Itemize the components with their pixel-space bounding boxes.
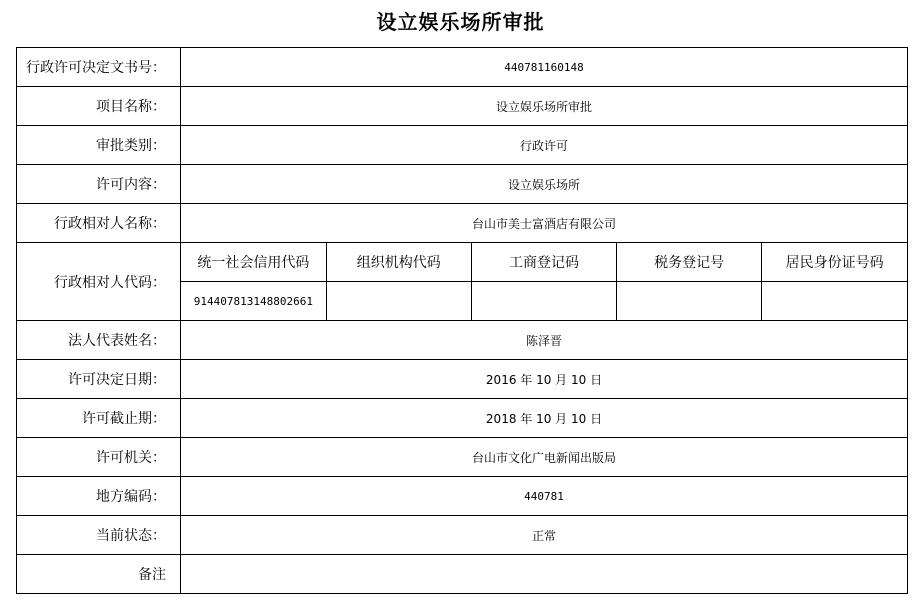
label-decision-date: 许可决定日期： — [17, 360, 181, 399]
label-approval-category: 审批类别： — [17, 126, 181, 165]
label-license-content: 许可内容： — [17, 165, 181, 204]
party-code-value-row: 914407813148802661 — [181, 282, 907, 321]
label-legal-rep: 法人代表姓名： — [17, 321, 181, 360]
label-decision-doc-number: 行政许可决定文书号： — [17, 48, 181, 87]
label-party-name: 行政相对人名称： — [17, 204, 181, 243]
value-tax-reg-number — [617, 282, 762, 321]
row-approval-category: 审批类别： 行政许可 — [17, 126, 908, 165]
row-party-name: 行政相对人名称： 台山市美士富酒店有限公司 — [17, 204, 908, 243]
label-project-name: 项目名称： — [17, 87, 181, 126]
value-id-card-number — [762, 282, 907, 321]
header-tax-reg-number: 税务登记号 — [617, 243, 762, 282]
value-local-code: 440781 — [181, 477, 908, 516]
value-project-name: 设立娱乐场所审批 — [181, 87, 908, 126]
row-expiry-date: 许可截止期： 2018 年 10 月 10 日 — [17, 399, 908, 438]
row-current-status: 当前状态： 正常 — [17, 516, 908, 555]
row-party-code: 行政相对人代码： 统一社会信用代码 组织机构代码 工商登记码 税务登记号 居民身… — [17, 243, 908, 321]
row-remarks: 备注 — [17, 555, 908, 594]
party-code-cell: 统一社会信用代码 组织机构代码 工商登记码 税务登记号 居民身份证号码 9144… — [181, 243, 908, 321]
value-legal-rep: 陈泽晋 — [181, 321, 908, 360]
value-decision-date: 2016 年 10 月 10 日 — [181, 360, 908, 399]
approval-record-table: 行政许可决定文书号： 440781160148 项目名称： 设立娱乐场所审批 审… — [16, 47, 908, 594]
party-code-header-row: 统一社会信用代码 组织机构代码 工商登记码 税务登记号 居民身份证号码 — [181, 243, 907, 282]
label-expiry-date: 许可截止期： — [17, 399, 181, 438]
value-org-code — [326, 282, 471, 321]
label-current-status: 当前状态： — [17, 516, 181, 555]
label-licensing-authority: 许可机关： — [17, 438, 181, 477]
party-code-table: 统一社会信用代码 组织机构代码 工商登记码 税务登记号 居民身份证号码 9144… — [181, 243, 907, 320]
header-org-code: 组织机构代码 — [326, 243, 471, 282]
value-current-status: 正常 — [181, 516, 908, 555]
value-expiry-date: 2018 年 10 月 10 日 — [181, 399, 908, 438]
value-business-reg-code — [471, 282, 616, 321]
row-legal-rep: 法人代表姓名： 陈泽晋 — [17, 321, 908, 360]
row-decision-doc-number: 行政许可决定文书号： 440781160148 — [17, 48, 908, 87]
value-licensing-authority: 台山市文化广电新闻出版局 — [181, 438, 908, 477]
page-title: 设立娱乐场所审批 — [0, 8, 921, 36]
row-local-code: 地方编码： 440781 — [17, 477, 908, 516]
value-license-content: 设立娱乐场所 — [181, 165, 908, 204]
value-approval-category: 行政许可 — [181, 126, 908, 165]
header-id-card-number: 居民身份证号码 — [762, 243, 907, 282]
row-licensing-authority: 许可机关： 台山市文化广电新闻出版局 — [17, 438, 908, 477]
row-project-name: 项目名称： 设立娱乐场所审批 — [17, 87, 908, 126]
label-remarks: 备注 — [17, 555, 181, 594]
value-party-name: 台山市美士富酒店有限公司 — [181, 204, 908, 243]
label-party-code: 行政相对人代码： — [17, 243, 181, 321]
label-local-code: 地方编码： — [17, 477, 181, 516]
value-unified-credit-code: 914407813148802661 — [181, 282, 326, 321]
row-decision-date: 许可决定日期： 2016 年 10 月 10 日 — [17, 360, 908, 399]
value-remarks — [181, 555, 908, 594]
header-business-reg-code: 工商登记码 — [471, 243, 616, 282]
row-license-content: 许可内容： 设立娱乐场所 — [17, 165, 908, 204]
header-unified-credit-code: 统一社会信用代码 — [181, 243, 326, 282]
value-decision-doc-number: 440781160148 — [181, 48, 908, 87]
